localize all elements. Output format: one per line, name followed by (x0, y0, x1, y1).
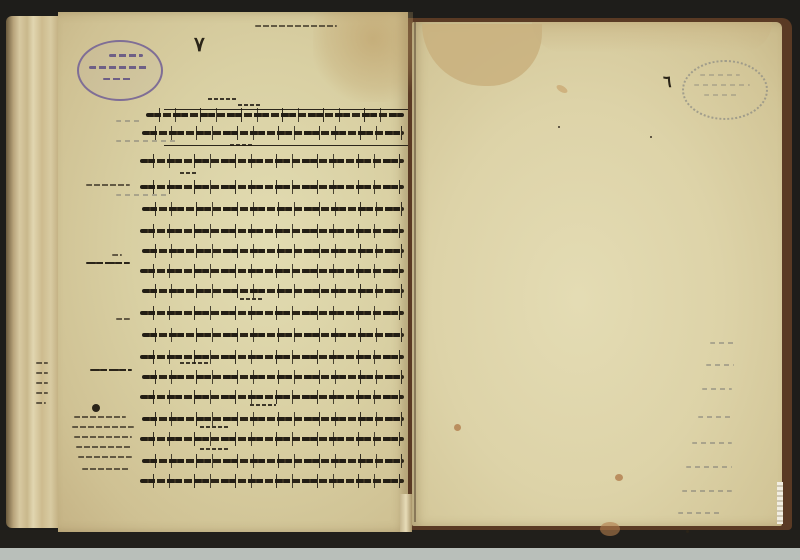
interlinear-gloss (250, 404, 276, 406)
right-page: ٦ (412, 22, 782, 526)
stain-spot (615, 474, 623, 481)
ownership-seal (77, 40, 163, 101)
water-stain (422, 24, 542, 86)
faded-stamp (682, 60, 768, 120)
stain-spot (555, 83, 568, 94)
text-line (140, 264, 404, 278)
text-line (142, 126, 404, 140)
text-line (140, 224, 404, 238)
interlinear-gloss (180, 362, 210, 364)
spine-tab (400, 494, 412, 532)
text-line (140, 474, 404, 488)
interlinear-gloss (200, 426, 230, 428)
text-line (140, 390, 404, 404)
text-line (142, 284, 404, 298)
ink-dot (558, 126, 560, 128)
stain-spot (454, 424, 461, 431)
water-stain-top (532, 22, 772, 52)
manuscript-text-block (140, 98, 408, 498)
folio-number-right: ٦ (663, 72, 672, 91)
text-line (140, 432, 404, 446)
interlinear-gloss (200, 448, 228, 450)
text-line (146, 108, 404, 122)
header-note (255, 22, 337, 30)
stain-spot (600, 522, 620, 536)
bottom-strip (0, 548, 800, 560)
ink-dot (686, 530, 689, 533)
text-line (142, 328, 404, 342)
interlinear-gloss (180, 172, 198, 174)
interlinear-gloss (230, 144, 252, 146)
text-line (142, 412, 404, 426)
ink-dot (650, 136, 652, 138)
text-line (140, 306, 404, 320)
text-line (142, 244, 404, 258)
page-edge-tab (777, 482, 783, 524)
text-line (140, 180, 404, 194)
text-line (142, 454, 404, 468)
background-shadow (0, 530, 800, 548)
text-line (140, 154, 404, 168)
text-line (142, 370, 404, 384)
folio-number-left: ٧ (194, 32, 205, 56)
text-line (142, 202, 404, 216)
gutter-fold (414, 22, 416, 522)
interlinear-gloss (240, 298, 264, 300)
